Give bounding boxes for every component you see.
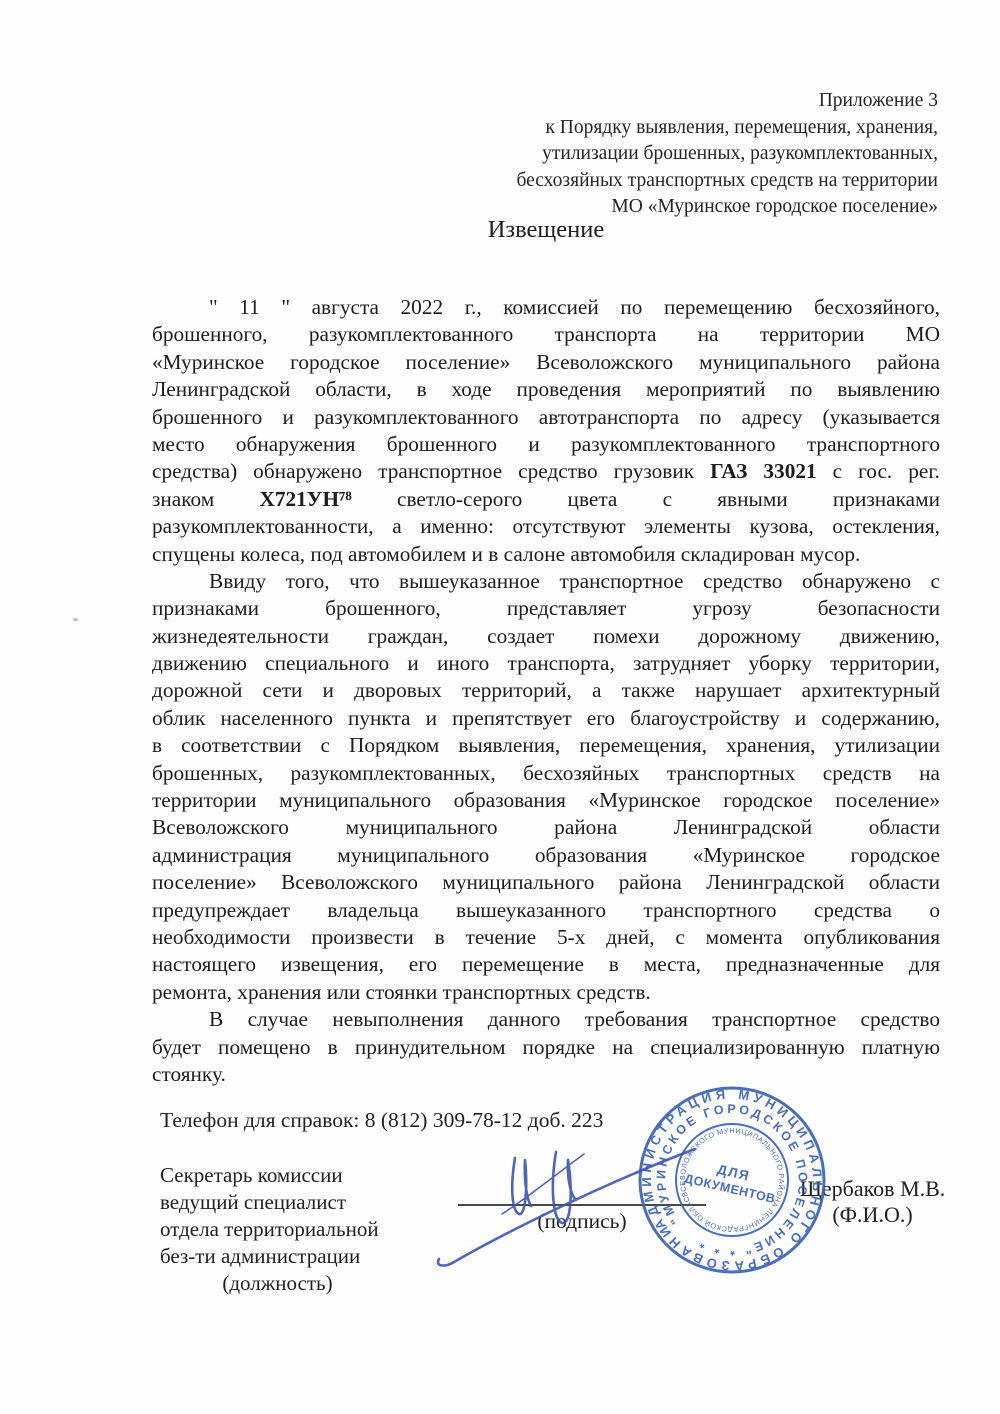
body-line: будет помещено в принудительном порядке … <box>152 1034 940 1061</box>
body-paragraphs: " 11 " августа 2022 г., комиссией по пер… <box>152 294 940 1088</box>
body-line: предупреждает владельца вышеуказанного т… <box>152 897 940 924</box>
body-line: ремонта, хранения или стоянки транспортн… <box>152 979 940 1006</box>
page-title: Извещение <box>152 216 940 244</box>
body-line: Ленинградской области, в ходе проведения… <box>152 376 940 403</box>
body-line: территории муниципального образования «М… <box>152 787 940 814</box>
body-line: разукомплектованности, а именно: отсутст… <box>152 513 940 540</box>
body-line: необходимости произвести в течение 5-х д… <box>152 924 940 951</box>
body-line: в соответствии с Порядком выявления, пер… <box>152 732 940 759</box>
body-line: жизнедеятельности граждан, создает помех… <box>152 623 940 650</box>
body-line: знаком Х721УН⁷⁸ светло-серого цвета с яв… <box>152 486 940 513</box>
appendix-header-line: утилизации брошенных, разукомплектованны… <box>516 141 938 168</box>
appendix-header: Приложение 3 к Порядку выявления, переме… <box>516 88 938 221</box>
body-line: движению специального и иного транспорта… <box>152 650 940 677</box>
signer-position-line: ведущий специалист <box>160 1189 395 1216</box>
body-line: брошенного, разукомплектованного транспо… <box>152 321 940 348</box>
appendix-header-line: к Порядку выявления, перемещения, хранен… <box>516 115 938 142</box>
body-line: дорожной сети и дворовых территорий, а т… <box>152 677 940 704</box>
body-line: спущены колеса, под автомобилем и в сало… <box>152 541 940 568</box>
body-line: настоящего извещения, его перемещение в … <box>152 951 940 978</box>
body-line: Ввиду того, что вышеуказанное транспортн… <box>152 568 940 595</box>
signer-position-line: без-ти администрации <box>160 1243 395 1270</box>
body-line: " 11 " августа 2022 г., комиссией по пер… <box>152 294 940 321</box>
body-line: поселение» Всеволожского муниципального … <box>152 869 940 896</box>
body-line: признаками брошенного, представляет угро… <box>152 595 940 622</box>
signer-position-line: отдела территориальной <box>160 1216 395 1243</box>
body-line: брошенных, разукомплектованных, бесхозяй… <box>152 760 940 787</box>
body-line: место обнаружения брошенного и разукомпл… <box>152 431 940 458</box>
body-line: средства) обнаружено транспортное средст… <box>152 458 940 485</box>
body-line: облик населенного пункта и препятствует … <box>152 705 940 732</box>
handwritten-signature <box>432 1118 712 1268</box>
appendix-header-line: бесхозяйных транспортных средств на терр… <box>516 168 938 195</box>
body-line: Всеволожского муниципального района Лени… <box>152 814 940 841</box>
position-caption: (должность) <box>160 1270 395 1297</box>
body-line: администрация муниципального образования… <box>152 842 940 869</box>
body-line: «Муринское городское поселение» Всеволож… <box>152 349 940 376</box>
signer-position-line: Секретарь комиссии <box>160 1162 395 1189</box>
scan-speck <box>73 618 78 621</box>
body-line: В случае невыполнения данного требования… <box>152 1006 940 1033</box>
signer-position-block: Секретарь комиссии ведущий специалист от… <box>160 1162 395 1297</box>
body-line: брошенного и разукомплектованного автотр… <box>152 404 940 431</box>
document-page: Приложение 3 к Порядку выявления, переме… <box>0 0 1000 1414</box>
appendix-header-line: Приложение 3 <box>516 88 938 115</box>
